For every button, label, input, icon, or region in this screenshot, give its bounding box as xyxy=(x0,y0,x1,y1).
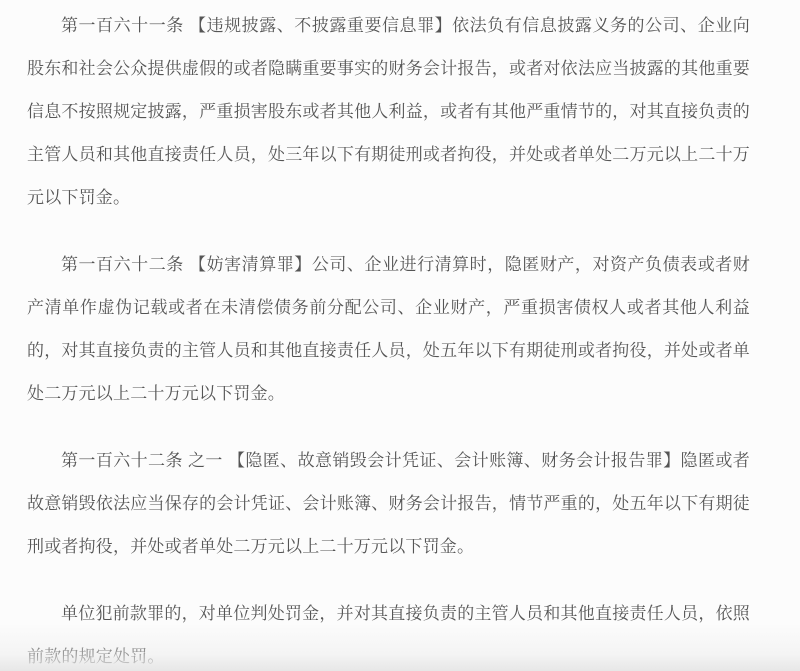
article-162-1-paragraph: 第一百六十二条 之一 【隐匿、故意销毁会计凭证、会计账簿、财务会计报告罪】隐匿或… xyxy=(27,439,750,568)
article-162-1-unit-crime-paragraph: 单位犯前款罪的，对单位判处罚金，并对其直接负责的主管人员和其他直接责任人员，依照… xyxy=(27,592,750,671)
legal-document-page: 第一百六十一条 【违规披露、不披露重要信息罪】依法负有信息披露义务的公司、企业向… xyxy=(0,0,800,671)
law-article-text-body: 第一百六十一条 【违规披露、不披露重要信息罪】依法负有信息披露义务的公司、企业向… xyxy=(0,0,800,671)
article-161-paragraph: 第一百六十一条 【违规披露、不披露重要信息罪】依法负有信息披露义务的公司、企业向… xyxy=(27,4,750,219)
article-162-paragraph: 第一百六十二条 【妨害清算罪】公司、企业进行清算时，隐匿财产，对资产负债表或者财… xyxy=(27,243,750,415)
